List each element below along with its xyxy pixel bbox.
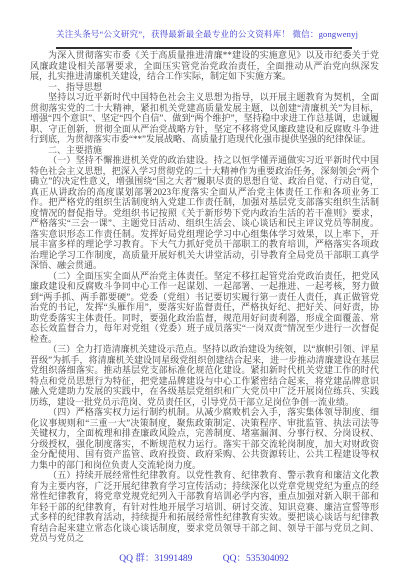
body-paragraph: （三）全力打造清廉机关建设示范点。坚持以政治建设为统领，以“旗帜引领、评星晋级”… [30, 344, 379, 407]
document-body: 为深入贯彻落实市委《关于高质量推进清廉**建设的实施意见》以及市纪委关于党风廉政… [30, 50, 379, 544]
footer-qq-group: QQ 群：31991489 [119, 554, 192, 564]
body-paragraph: （四）严格落实权力运行制约机制。从减少腐败机会入手，落实集体领导制度、细化议事规… [30, 407, 379, 470]
body-paragraph: 为深入贯彻落实市委《关于高质量推进清廉**建设的实施意见》以及市纪委关于党风廉政… [30, 50, 379, 82]
body-paragraph: （五）持续开展经常性纪律教育。以党性教育、纪律教育、警示教育和廉洁文化教育为主要… [30, 470, 379, 544]
header-banner: 关注头条号“公文研究”，获得最新最全最专业的公文资料库！ 微信：gongweny… [56, 24, 352, 49]
section-heading: 一、指导思想 [30, 82, 379, 93]
section-heading: 二、主要措施 [30, 145, 379, 156]
footer-qq: QQ：535304092 [223, 554, 289, 564]
body-paragraph: 坚持以习近平新时代中国特色社会主义思想为指导，以开展主题教育为契机，全面贯彻落实… [30, 92, 379, 145]
body-paragraph: （二）全面压实全面从严治党主体责任。坚定不移扛起管党治党政治责任，把党风廉政建设… [30, 271, 379, 345]
document-page: 关注头条号“公文研究”，获得最新最全最专业的公文资料库！ 微信：gongweny… [0, 0, 408, 580]
footer-banner: QQ 群：31991489 QQ：535304092 [0, 550, 408, 564]
body-paragraph: （一）坚持不懈推进机关党的政治建设。持之以恒学懂弄通做实习近平新时代中国特色社会… [30, 155, 379, 271]
header-banner-text: 关注头条号“公文研究”，获得最新最全最专业的公文资料库！ 微信：gongweny… [56, 29, 358, 39]
